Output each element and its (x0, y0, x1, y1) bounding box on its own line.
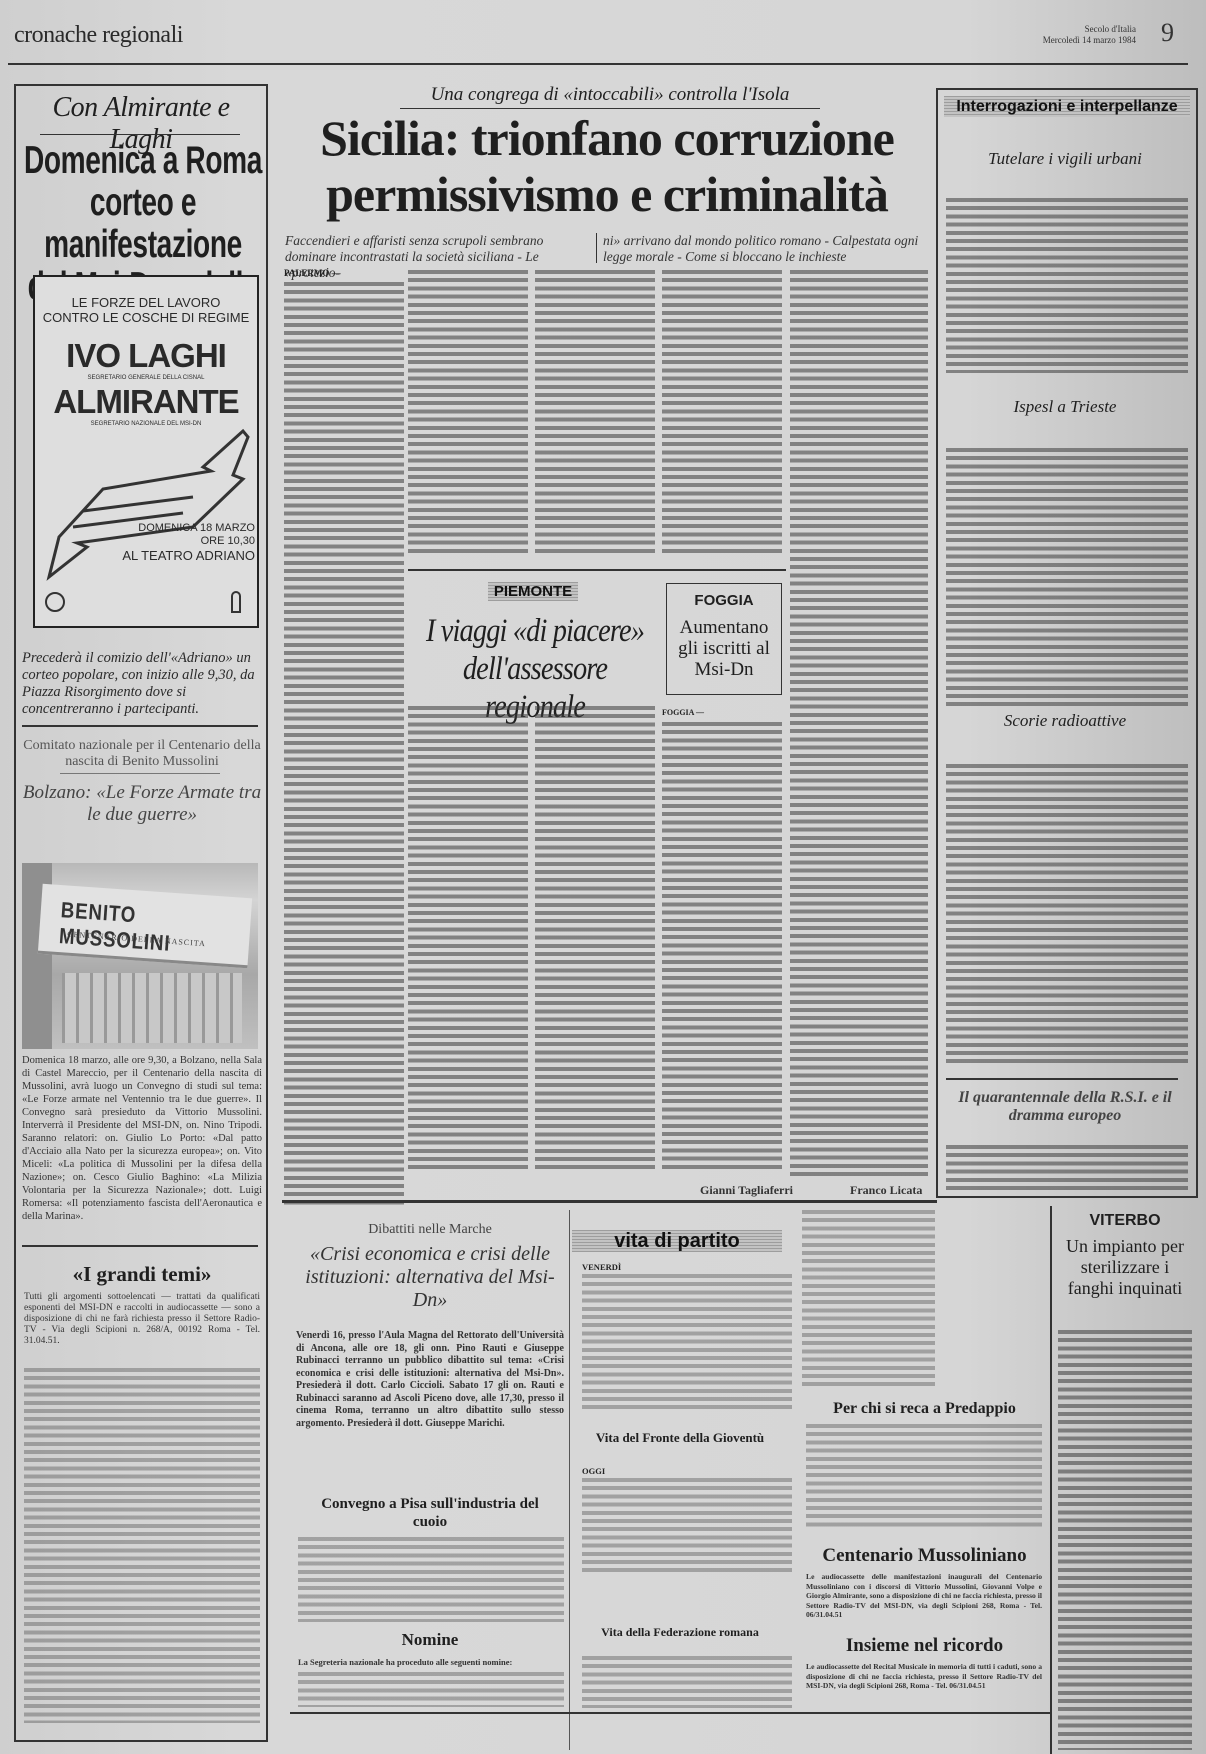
ad-caption: Precederà il comizio dell'«Adriano» un c… (22, 650, 262, 718)
divider (22, 1245, 258, 1247)
piemonte-col-1 (408, 706, 528, 1171)
main-dateline: PALERMO — (284, 268, 394, 280)
vita-partito-banner: vita di partito (572, 1230, 782, 1252)
marche-kicker: Dibattiti nelle Marche (290, 1222, 570, 1238)
divider (408, 569, 786, 571)
item-title: Scorie radioattive (960, 711, 1170, 730)
viterbo-body (1058, 1330, 1192, 1750)
cisnal-logo-icon (45, 592, 65, 612)
committee-label: Comitato nazionale per il Centenario del… (22, 738, 262, 770)
masthead: cronache regionali Secolo d'Italia Merco… (10, 20, 1146, 56)
temi-intro: Tutti gli argomenti sottoelencati — trat… (24, 1292, 260, 1347)
main-body-col-3 (535, 270, 655, 553)
page-number: 9 (1161, 18, 1174, 48)
day-label: OGGI (582, 1466, 792, 1478)
paper-info: Secolo d'Italia Mercoledì 14 marzo 1984 (1043, 24, 1136, 46)
kicker-rule (400, 108, 820, 109)
main-body-col-4 (662, 270, 782, 553)
centenario-body: Le audiocassette delle manifestazioni in… (806, 1572, 1042, 1622)
main-headline: Sicilia: trionfano corruzione permissivi… (282, 110, 932, 222)
main-kicker: Una congrega di «intoccabili» controlla … (290, 84, 930, 106)
nomine-title: Nomine (290, 1630, 570, 1650)
divider (60, 773, 220, 774)
predappio-body (806, 1424, 1042, 1529)
centenario-title: Centenario Mussoliniano (802, 1545, 1047, 1567)
viterbo-headline: Un impianto per sterilizzare i fanghi in… (1056, 1236, 1194, 1299)
nomine-body (298, 1672, 564, 1707)
issue-date: Mercoledì 14 marzo 1984 (1043, 35, 1136, 46)
piemonte-label: PIEMONTE (408, 583, 658, 601)
item-body (946, 1145, 1188, 1190)
bottom-section-rule (282, 1200, 937, 1203)
main-body-col-2 (408, 270, 528, 553)
temi-list (24, 1368, 260, 1723)
day-label: VENERDÌ (582, 1262, 792, 1274)
ricordo-body: Le audiocassette del Recital Musicale in… (806, 1662, 1042, 1707)
foggia-label: FOGGIA (666, 592, 782, 609)
item-title: Tutelare i vigili urbani (960, 149, 1170, 168)
piemonte-byline: Gianni Tagliaferri (700, 1183, 793, 1198)
marche-title: «Crisi economica e crisi delle istituzio… (300, 1243, 560, 1312)
divider (946, 1078, 1178, 1080)
interrogazioni-banner: Interrogazioni e interpellanze (944, 96, 1190, 117)
federazione-body (582, 1656, 792, 1708)
item-title: Ispesl a Trieste (960, 397, 1170, 416)
item-body (946, 198, 1188, 373)
bolzano-title: Bolzano: «Le Forze Armate tra le due gue… (22, 782, 262, 826)
marche-body: Venerdì 16, presso l'Aula Magna del Rett… (296, 1330, 564, 1456)
deck-right: ni» arrivano dal mondo politico romano -… (603, 233, 928, 265)
nomine-intro: La Segreteria nazionale ha proceduto all… (298, 1657, 564, 1670)
pisa-title: Convegno a Pisa sull'industria del cuoio (320, 1495, 540, 1531)
federazione-title: Vita della Federazione romana (575, 1625, 785, 1639)
masthead-rule (8, 63, 1188, 65)
sezioni-body (802, 1210, 935, 1388)
foggia-dateline: FOGGIA — (662, 708, 722, 720)
section-name: cronache regionali (14, 22, 183, 49)
piemonte-col-2 (535, 706, 655, 1171)
main-body-col-1 (284, 282, 404, 1207)
mussolini-sign-photo: BENITO MUSSOLINI CENTENARIO DELLA NASCIT… (22, 863, 258, 1049)
ad-kicker-rule (40, 134, 240, 135)
main-body-col-5 (790, 270, 928, 1180)
deck-divider (596, 233, 597, 263)
foggia-headline: Aumentano gli iscritti al Msi-Dn (670, 617, 778, 680)
pisa-body (298, 1537, 564, 1622)
foggia-byline: Franco Licata (850, 1183, 922, 1198)
item-body (946, 764, 1188, 1064)
bolzano-body: Domenica 18 marzo, alle ore 9,30, a Bolz… (22, 1054, 262, 1234)
flame-logo-icon (231, 591, 241, 613)
item-title: Il quarantennale della R.S.I. e il dramm… (950, 1089, 1180, 1125)
divider (22, 725, 258, 727)
predappio-title: Per chi si reca a Predappio (802, 1400, 1047, 1418)
item-body (946, 448, 1188, 710)
arrow-graphic (43, 427, 253, 587)
viterbo-label: VITERBO (1056, 1212, 1194, 1230)
rally-poster: LE FORZE DEL LAVORO CONTRO LE COSCHE DI … (33, 275, 259, 628)
fronte-body (582, 1478, 792, 1573)
foggia-body (662, 722, 782, 1172)
ricordo-title: Insieme nel ricordo (802, 1635, 1047, 1657)
newspaper-page: cronache regionali Secolo d'Italia Merco… (0, 0, 1206, 1754)
paper-name: Secolo d'Italia (1043, 24, 1136, 35)
temi-title: «I grandi temi» (22, 1262, 262, 1287)
fronte-title: Vita del Fronte della Gioventù (575, 1430, 785, 1445)
vita-partito-body (582, 1274, 792, 1409)
bottom-rule (290, 1712, 1050, 1714)
